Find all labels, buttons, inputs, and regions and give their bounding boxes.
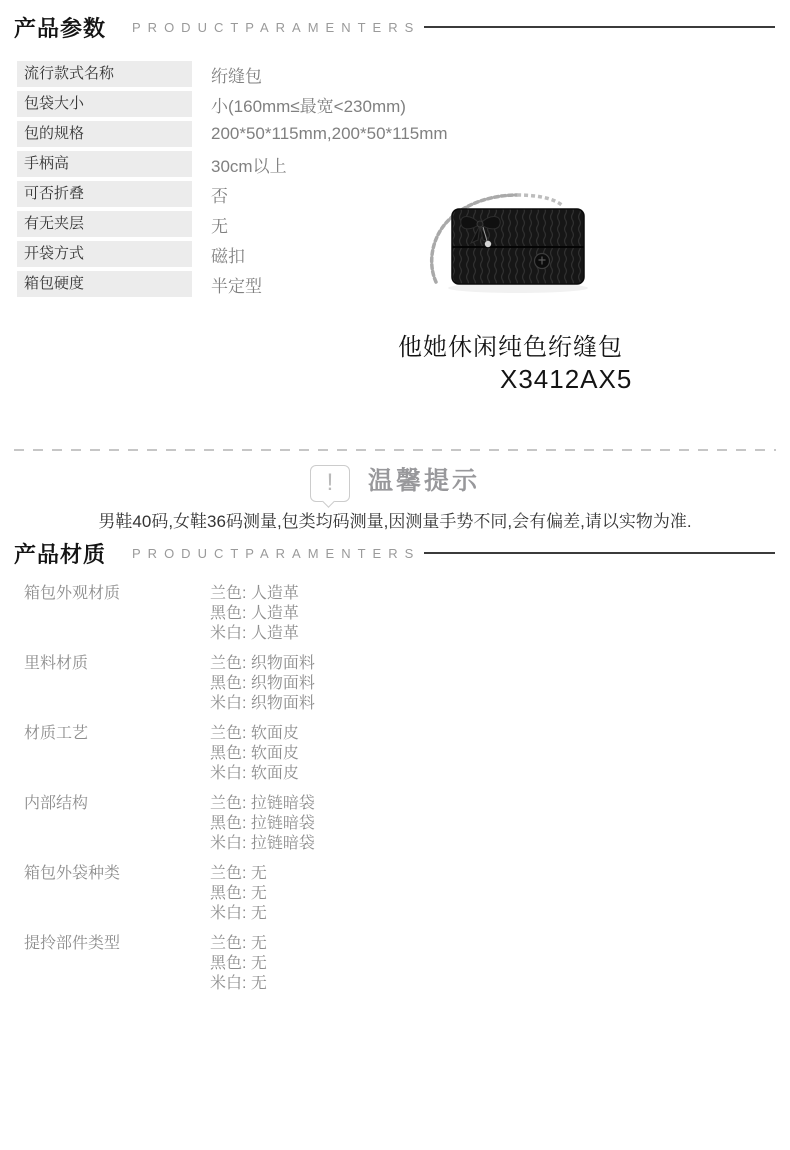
param-label: 包的规格 (17, 121, 192, 147)
material-value: 米白: 无 (210, 974, 267, 994)
param-row: 包袋大小 小(160mm≤最宽<230mm) (17, 91, 448, 117)
notice-title: 温馨提示 (368, 461, 480, 497)
material-value: 黑色: 拉链暗袋 (210, 814, 315, 834)
product-name: 他她休闲纯色绗缝包 (398, 327, 623, 362)
param-label: 有无夹层 (17, 211, 192, 237)
quilted-bag-icon (422, 184, 594, 298)
section-subtitle-params: PRODUCTPARAMENTERS (132, 20, 420, 35)
param-label: 箱包硬度 (17, 271, 192, 297)
material-value: 米白: 人造革 (210, 624, 299, 644)
material-label: 里料材质 (24, 654, 210, 714)
material-label: 提拎部件类型 (24, 934, 210, 994)
material-row: 箱包外袋种类 兰色: 无 黑色: 无 米白: 无 (24, 864, 770, 924)
param-value: 否 (211, 182, 228, 207)
param-value: 无 (211, 212, 228, 237)
material-values: 兰色: 无 黑色: 无 米白: 无 (210, 864, 267, 924)
material-value: 兰色: 拉链暗袋 (210, 794, 315, 814)
param-value: 30cm以上 (211, 152, 287, 177)
material-label: 箱包外袋种类 (24, 864, 210, 924)
param-label: 手柄高 (17, 151, 192, 177)
material-value: 米白: 拉链暗袋 (210, 834, 315, 854)
material-row: 提拎部件类型 兰色: 无 黑色: 无 米白: 无 (24, 934, 770, 994)
material-values: 兰色: 织物面料 黑色: 织物面料 米白: 织物面料 (210, 654, 315, 714)
materials-table: 箱包外观材质 兰色: 人造革 黑色: 人造革 米白: 人造革 里料材质 兰色: … (24, 584, 770, 1004)
material-value: 兰色: 软面皮 (210, 724, 299, 744)
param-value: 绗缝包 (211, 62, 262, 87)
param-row: 手柄高 30cm以上 (17, 151, 448, 177)
param-row: 包的规格 200*50*115mm,200*50*115mm (17, 121, 448, 147)
material-row: 材质工艺 兰色: 软面皮 黑色: 软面皮 米白: 软面皮 (24, 724, 770, 784)
material-value: 米白: 软面皮 (210, 764, 299, 784)
param-label: 包袋大小 (17, 91, 192, 117)
product-detail-page: 产品参数 PRODUCTPARAMENTERS 流行款式名称 绗缝包 包袋大小 … (0, 0, 790, 1150)
material-value: 兰色: 无 (210, 864, 267, 884)
material-value: 兰色: 人造革 (210, 584, 299, 604)
material-row: 里料材质 兰色: 织物面料 黑色: 织物面料 米白: 织物面料 (24, 654, 770, 714)
section-title-params: 产品参数 (14, 12, 106, 43)
param-value: 半定型 (211, 272, 262, 297)
section-header-params: 产品参数 PRODUCTPARAMENTERS (14, 12, 775, 42)
material-value: 黑色: 无 (210, 954, 267, 974)
param-row: 有无夹层 无 (17, 211, 448, 237)
param-label: 开袋方式 (17, 241, 192, 267)
material-values: 兰色: 软面皮 黑色: 软面皮 米白: 软面皮 (210, 724, 299, 784)
product-model: X3412AX5 (500, 364, 632, 395)
material-value: 黑色: 人造革 (210, 604, 299, 624)
param-value: 磁扣 (211, 242, 245, 267)
section-header-material: 产品材质 PRODUCTPARAMENTERS (14, 538, 775, 568)
exclamation-bubble-icon: ! (310, 465, 350, 502)
material-row: 箱包外观材质 兰色: 人造革 黑色: 人造革 米白: 人造革 (24, 584, 770, 644)
param-value: 200*50*115mm,200*50*115mm (211, 124, 448, 144)
parameters-table: 流行款式名称 绗缝包 包袋大小 小(160mm≤最宽<230mm) 包的规格 2… (17, 61, 448, 301)
param-row: 箱包硬度 半定型 (17, 271, 448, 297)
product-image (422, 184, 594, 298)
notice-header: ! 温馨提示 (0, 461, 790, 502)
material-value: 黑色: 软面皮 (210, 744, 299, 764)
param-row: 可否折叠 否 (17, 181, 448, 207)
param-label: 流行款式名称 (17, 61, 192, 87)
param-value: 小(160mm≤最宽<230mm) (211, 92, 406, 117)
material-value: 兰色: 无 (210, 934, 267, 954)
material-row: 内部结构 兰色: 拉链暗袋 黑色: 拉链暗袋 米白: 拉链暗袋 (24, 794, 770, 854)
material-values: 兰色: 拉链暗袋 黑色: 拉链暗袋 米白: 拉链暗袋 (210, 794, 315, 854)
dashed-divider (14, 449, 776, 451)
section-title-material: 产品材质 (14, 538, 106, 569)
section-subtitle-material: PRODUCTPARAMENTERS (132, 546, 420, 561)
material-label: 内部结构 (24, 794, 210, 854)
header-rule (424, 552, 775, 554)
notice-text: 男鞋40码,女鞋36码测量,包类均码测量,因测量手势不同,会有偏差,请以实物为准… (0, 507, 790, 532)
material-value: 兰色: 织物面料 (210, 654, 315, 674)
material-value: 黑色: 无 (210, 884, 267, 904)
material-value: 米白: 织物面料 (210, 694, 315, 714)
material-value: 黑色: 织物面料 (210, 674, 315, 694)
param-label: 可否折叠 (17, 181, 192, 207)
material-label: 材质工艺 (24, 724, 210, 784)
param-row: 开袋方式 磁扣 (17, 241, 448, 267)
material-values: 兰色: 人造革 黑色: 人造革 米白: 人造革 (210, 584, 299, 644)
material-values: 兰色: 无 黑色: 无 米白: 无 (210, 934, 267, 994)
material-value: 米白: 无 (210, 904, 267, 924)
header-rule (424, 26, 775, 28)
param-row: 流行款式名称 绗缝包 (17, 61, 448, 87)
material-label: 箱包外观材质 (24, 584, 210, 644)
